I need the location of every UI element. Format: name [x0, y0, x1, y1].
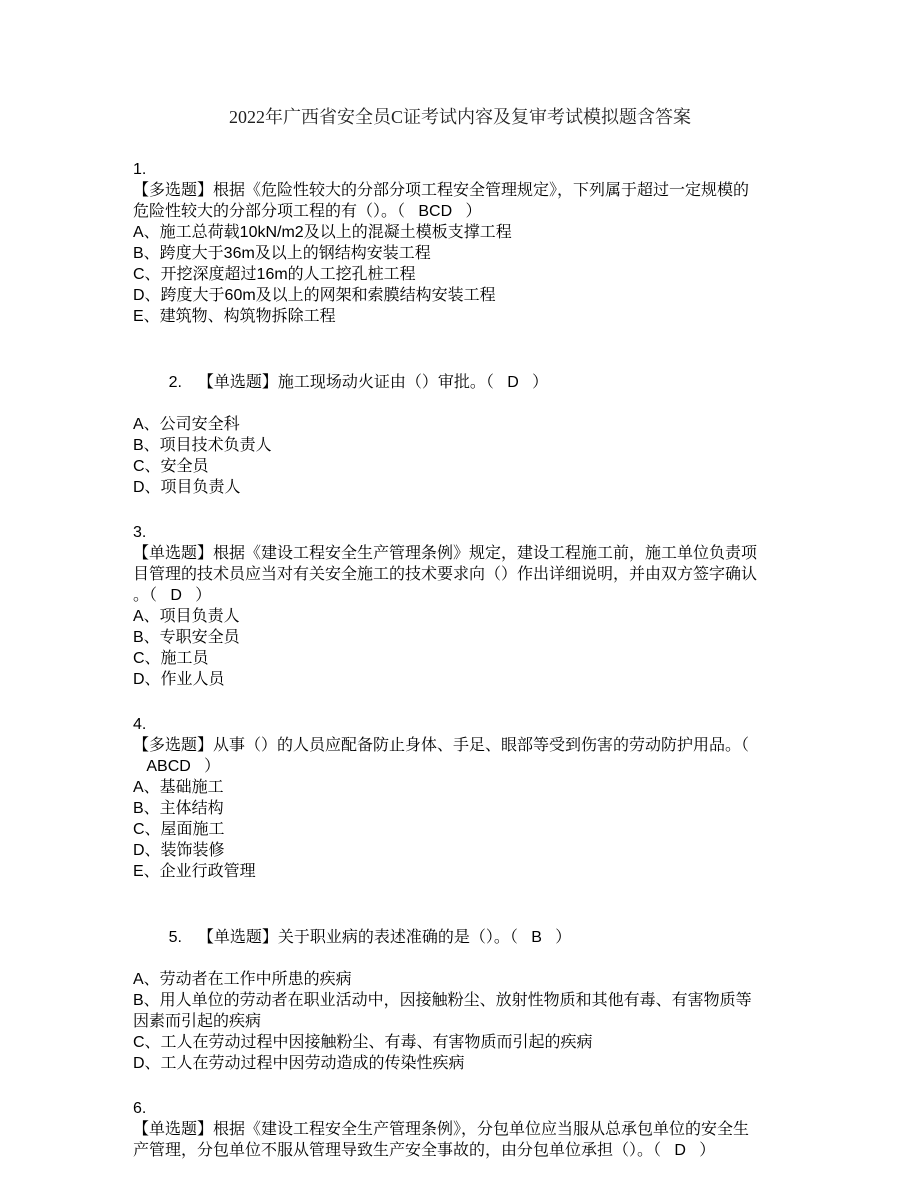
question-stem: 【单选题】施工现场动火证由（）审批。（ D ）	[198, 374, 548, 391]
question-option: C、开挖深度超过16m的人工挖孔桩工程	[133, 264, 812, 285]
question-option: B、项目技术负责人	[133, 435, 812, 456]
question-number: 5.	[169, 929, 182, 946]
options-list: A、项目负责人 B、专职安全员 C、施工员 D、作业人员	[133, 606, 812, 690]
question-stem: 【多选题】从事（）的人员应配备防止身体、手足、眼部等受到伤害的劳动防护用品。（ …	[133, 735, 812, 777]
question-2: 2.【单选题】施工现场动火证由（）审批。（ D ） A、公司安全科 B、项目技术…	[133, 351, 812, 498]
question-option: D、工人在劳动过程中因劳动造成的传染性疾病	[133, 1053, 812, 1074]
question-option: A、施工总荷载10kN/m2及以上的混凝土模板支撑工程	[133, 222, 812, 243]
question-option: A、项目负责人	[133, 606, 812, 627]
question-option: B、用人单位的劳动者在职业活动中，因接触粉尘、放射性物质和其他有毒、有害物质等 …	[133, 990, 812, 1032]
question-option: B、主体结构	[133, 798, 812, 819]
question-stem: 【单选题】关于职业病的表述准确的是（）。（ B ）	[198, 929, 571, 946]
question-number: 3.	[133, 522, 812, 543]
question-option: C、工人在劳动过程中因接触粉尘、有毒、有害物质而引起的疾病	[133, 1032, 812, 1053]
question-stem: 【多选题】根据《危险性较大的分部分项工程安全管理规定》，下列属于超过一定规模的 …	[133, 180, 812, 222]
options-list: A、劳动者在工作中所患的疾病 B、用人单位的劳动者在职业活动中，因接触粉尘、放射…	[133, 969, 812, 1074]
question-3: 3. 【单选题】根据《建设工程安全生产管理条例》规定，建设工程施工前，施工单位负…	[133, 522, 812, 690]
question-number: 2.	[169, 374, 182, 391]
document-page: 2022年广西省安全员C证考试内容及复审考试模拟题含答案 1. 【多选题】根据《…	[0, 0, 920, 1191]
question-option: E、企业行政管理	[133, 861, 812, 882]
question-number: 1.	[133, 159, 812, 180]
question-1: 1. 【多选题】根据《危险性较大的分部分项工程安全管理规定》，下列属于超过一定规…	[133, 159, 812, 327]
question-stem-line: 5.【单选题】关于职业病的表述准确的是（）。（ B ）	[133, 906, 812, 969]
question-option: A、公司安全科	[133, 414, 812, 435]
question-option: D、项目负责人	[133, 477, 812, 498]
question-number: 6.	[133, 1098, 812, 1119]
question-option: C、施工员	[133, 648, 812, 669]
question-option: C、屋面施工	[133, 819, 812, 840]
options-list: A、公司安全科 B、项目技术负责人 C、安全员 D、项目负责人	[133, 414, 812, 498]
question-option: B、跨度大于36m及以上的钢结构安装工程	[133, 243, 812, 264]
options-list: A、基础施工 B、主体结构 C、屋面施工 D、装饰装修 E、企业行政管理	[133, 777, 812, 882]
question-option: C、安全员	[133, 456, 812, 477]
question-option: D、跨度大于60m及以上的网架和索膜结构安装工程	[133, 285, 812, 306]
document-title: 2022年广西省安全员C证考试内容及复审考试模拟题含答案	[0, 0, 920, 129]
question-option: A、劳动者在工作中所患的疾病	[133, 969, 812, 990]
question-option: D、装饰装修	[133, 840, 812, 861]
question-stem-line: 2.【单选题】施工现场动火证由（）审批。（ D ）	[133, 351, 812, 414]
question-option: E、建筑物、构筑物拆除工程	[133, 306, 812, 327]
question-number: 4.	[133, 714, 812, 735]
question-4: 4. 【多选题】从事（）的人员应配备防止身体、手足、眼部等受到伤害的劳动防护用品…	[133, 714, 812, 882]
question-option: A、基础施工	[133, 777, 812, 798]
document-body: 1. 【多选题】根据《危险性较大的分部分项工程安全管理规定》，下列属于超过一定规…	[0, 129, 920, 1161]
question-stem: 【单选题】根据《建设工程安全生产管理条例》，分包单位应当服从总承包单位的安全生 …	[133, 1119, 812, 1161]
options-list: A、施工总荷载10kN/m2及以上的混凝土模板支撑工程 B、跨度大于36m及以上…	[133, 222, 812, 327]
question-option: B、专职安全员	[133, 627, 812, 648]
question-option: D、作业人员	[133, 669, 812, 690]
question-5: 5.【单选题】关于职业病的表述准确的是（）。（ B ） A、劳动者在工作中所患的…	[133, 906, 812, 1074]
question-6: 6. 【单选题】根据《建设工程安全生产管理条例》，分包单位应当服从总承包单位的安…	[133, 1098, 812, 1161]
question-stem: 【单选题】根据《建设工程安全生产管理条例》规定，建设工程施工前，施工单位负责项 …	[133, 543, 812, 606]
